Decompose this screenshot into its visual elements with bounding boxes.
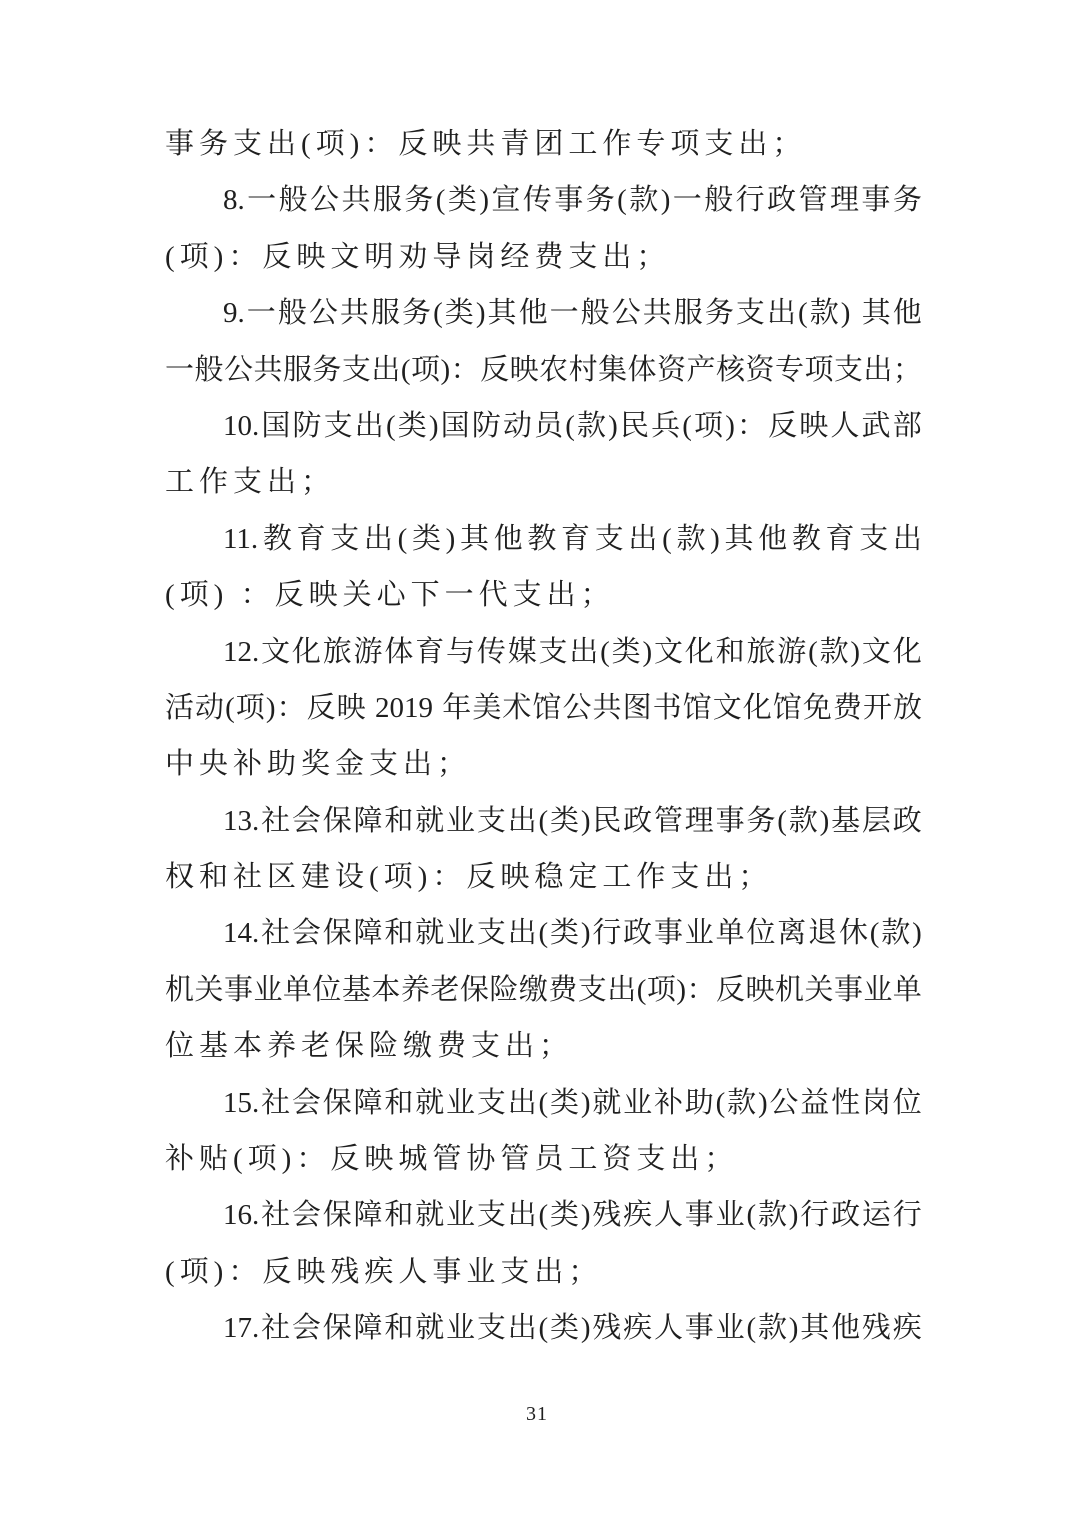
text-line: 一般公共服务支出(项)：反映农村集体资产核资专项支出； — [165, 342, 922, 398]
text-line: 补贴(项)：反映城管协管员工资支出； — [165, 1131, 922, 1187]
text-line: 14.社会保障和就业支出(类)行政事业单位离退休(款) — [165, 905, 922, 961]
text-line: 16.社会保障和就业支出(类)残疾人事业(款)行政运行 — [165, 1187, 922, 1243]
text-line: 位基本养老保险缴费支出； — [165, 1018, 922, 1074]
text-line: 12.文化旅游体育与传媒支出(类)文化和旅游(款)文化 — [165, 624, 922, 680]
text-line: 13.社会保障和就业支出(类)民政管理事务(款)基层政 — [165, 793, 922, 849]
body-text: 事务支出(项)：反映共青团工作专项支出； 8.一般公共服务(类)宣传事务(款)一… — [165, 116, 922, 1357]
text-line: (项) ：反映关心下一代支出； — [165, 567, 922, 623]
text-line: 15.社会保障和就业支出(类)就业补助(款)公益性岗位 — [165, 1075, 922, 1131]
text-line: 权和社区建设(项)：反映稳定工作支出； — [165, 849, 922, 905]
text-line: 10.国防支出(类)国防动员(款)民兵(项)：反映人武部 — [165, 398, 922, 454]
document-page: 事务支出(项)：反映共青团工作专项支出； 8.一般公共服务(类)宣传事务(款)一… — [0, 0, 1074, 1520]
text-line: 活动(项)：反映 2019 年美术馆公共图书馆文化馆免费开放 — [165, 680, 922, 736]
page-number: 31 — [0, 1400, 1074, 1428]
text-line: 17.社会保障和就业支出(类)残疾人事业(款)其他残疾 — [165, 1300, 922, 1356]
text-line: 9.一般公共服务(类)其他一般公共服务支出(款) 其他 — [165, 285, 922, 341]
text-line: 事务支出(项)：反映共青团工作专项支出； — [165, 116, 922, 172]
text-line: 中央补助奖金支出； — [165, 736, 922, 792]
text-line: (项)：反映文明劝导岗经费支出； — [165, 229, 922, 285]
text-line: 11.教育支出(类)其他教育支出(款)其他教育支出 — [165, 511, 922, 567]
text-line: 机关事业单位基本养老保险缴费支出(项)：反映机关事业单 — [165, 962, 922, 1018]
text-line: (项)：反映残疾人事业支出； — [165, 1244, 922, 1300]
text-line: 8.一般公共服务(类)宣传事务(款)一般行政管理事务 — [165, 172, 922, 228]
text-line: 工作支出； — [165, 454, 922, 510]
